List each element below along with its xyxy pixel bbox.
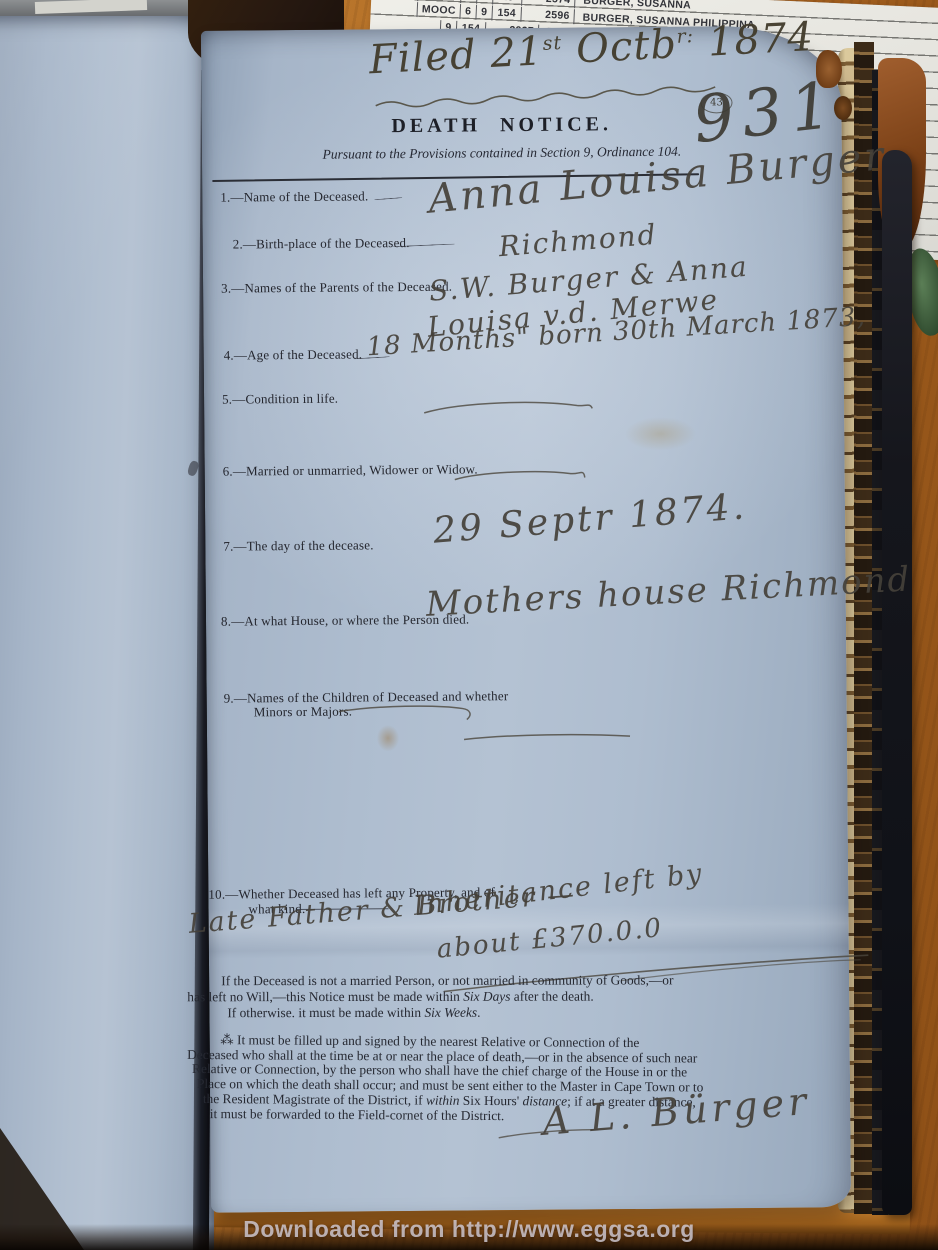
item-8-answer: Mothers house Richmond <box>425 559 912 624</box>
item-5-label: 5.—Condition in life. <box>222 391 338 408</box>
form-title: DEATH NOTICE. <box>332 113 672 139</box>
stain <box>377 725 399 751</box>
flourish-line <box>462 729 632 744</box>
vol-cell: 154 <box>492 6 522 22</box>
flourish-line <box>337 700 475 723</box>
deterioration-spot <box>816 50 842 88</box>
form-page: Filed 21st Octbr: 1874 43 931 DEATH NOTI… <box>201 25 851 1213</box>
filed-superscript: r: <box>676 25 695 48</box>
number-cell: 2596 <box>521 7 575 24</box>
filed-text: Filed 21 <box>368 28 544 83</box>
vol-cell: 6 <box>460 4 477 20</box>
item-4-label: 4.—Age of the Deceased. <box>224 346 363 363</box>
flourish-line <box>422 397 594 417</box>
flourish-line <box>453 465 587 486</box>
item-1-label: 1.—Name of the Deceased. <box>220 188 368 205</box>
vol-cell: 9 <box>476 5 493 21</box>
legal-note-line: If otherwise. it must be made within Six… <box>187 1004 673 1021</box>
item-7-label: 7.—The day of the decease. <box>223 537 373 554</box>
item-7-answer: 29 Septr 1874. <box>432 486 749 552</box>
legal-note-line: has left no Will,—this Notice must be ma… <box>187 988 673 1005</box>
wavy-underline <box>373 81 718 111</box>
item-3-label: 3.—Names of the Parents of the Deceased. <box>221 279 452 297</box>
item-2-answer: Richmond <box>497 218 658 263</box>
item-6-label: 6.—Married or unmarried, Widower or Wido… <box>223 461 478 479</box>
item-2-label: 2.—Birth-place of the Deceased. <box>233 235 410 253</box>
filed-text: Octb <box>561 21 678 73</box>
filed-text: 1874 <box>693 14 815 66</box>
legal-note-1: If the Deceased is not a married Person,… <box>187 972 673 1021</box>
watermark: Downloaded from http://www.eggsa.org <box>0 1216 938 1243</box>
photograph-of-death-notice: MOOC69152574BURGER, SUSANNA MOOC69154259… <box>0 0 938 1250</box>
deterioration-spot <box>834 96 852 120</box>
legal-note-line: If the Deceased is not a married Person,… <box>187 972 673 989</box>
book-cover-edge <box>882 150 912 1215</box>
archive-cell: MOOC <box>416 2 461 19</box>
page-edges <box>854 42 874 1214</box>
stain <box>624 417 696 452</box>
filed-superscript: st <box>542 32 563 55</box>
dash <box>374 197 402 200</box>
left-page <box>0 16 214 1250</box>
